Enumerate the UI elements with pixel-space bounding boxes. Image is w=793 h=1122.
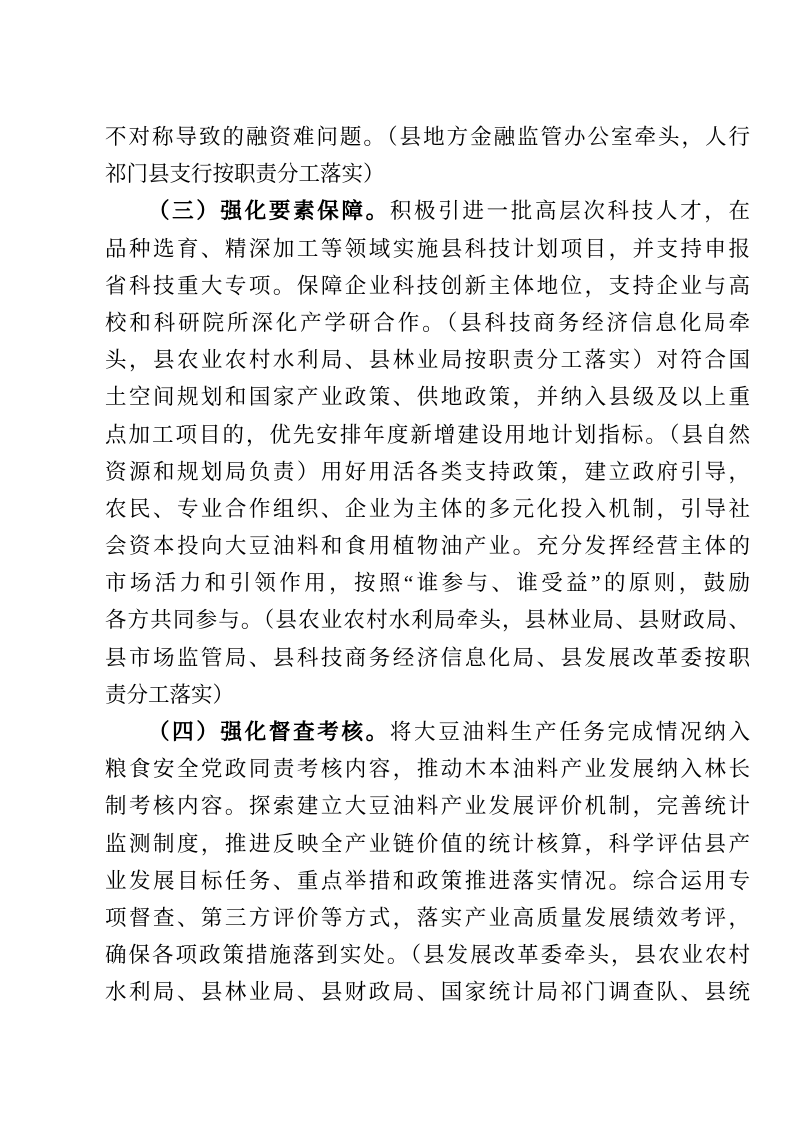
- text-line: （四）强化督查考核。将大豆油料生产任务完成情况纳入: [105, 714, 750, 751]
- text-line: 各方共同参与。（县农业农村水利局牵头，县林业局、县财政局、: [105, 602, 750, 639]
- body-text-run: 不对称导致的融资难问题。（县地方金融监管办公室牵头，人行: [105, 125, 750, 149]
- text-line: 不对称导致的融资难问题。（县地方金融监管办公室牵头，人行: [105, 119, 750, 156]
- text-line: 水利局、县林业局、县财政局、国家统计局祁门调查队、县统: [105, 974, 750, 1011]
- body-text-run: 点加工项目的，优先安排年度新增建设用地计划指标。（县自然: [105, 423, 750, 447]
- text-line: 业发展目标任务、重点举措和政策推进落实情况。综合运用专: [105, 863, 750, 900]
- document-text: 不对称导致的融资难问题。（县地方金融监管办公室牵头，人行祁门县支行按职责分工落实…: [105, 119, 750, 1012]
- body-text-run: 粮食安全党政同责考核内容，推动木本油料产业发展纳入林长: [105, 757, 750, 781]
- section-heading-run: （三）强化要素保障。: [148, 199, 390, 223]
- text-line: 责分工落实）: [105, 677, 750, 714]
- body-text-run: 将大豆油料生产任务完成情况纳入: [390, 720, 750, 744]
- text-line: 祁门县支行按职责分工落实）: [105, 156, 750, 193]
- body-text-run: 县市场监管局、县科技商务经济信息化局、县发展改革委按职: [105, 646, 750, 670]
- document-page: 不对称导致的融资难问题。（县地方金融监管办公室牵头，人行祁门县支行按职责分工落实…: [0, 0, 793, 1122]
- text-line: 粮食安全党政同责考核内容，推动木本油料产业发展纳入林长: [105, 751, 750, 788]
- body-text-run: 监测制度，推进反映全产业链价值的统计核算，科学评估县产: [105, 832, 750, 856]
- text-line: 点加工项目的，优先安排年度新增建设用地计划指标。（县自然: [105, 417, 750, 454]
- text-line: 农民、专业合作组织、企业为主体的多元化投入机制，引导社: [105, 491, 750, 528]
- text-line: 会资本投向大豆油料和食用植物油产业。充分发挥经营主体的: [105, 528, 750, 565]
- text-line: （三）强化要素保障。积极引进一批高层次科技人才，在: [105, 193, 750, 230]
- body-text-run: 会资本投向大豆油料和食用植物油产业。充分发挥经营主体的: [105, 534, 750, 558]
- section-heading-run: （四）强化督查考核。: [148, 720, 390, 744]
- text-line: 资源和规划局负责）用好用活各类支持政策，建立政府引导，: [105, 454, 750, 491]
- body-text-run: 头，县农业农村水利局、县林业局按职责分工落实）对符合国: [105, 348, 750, 372]
- body-text-run: 土空间规划和国家产业政策、供地政策，并纳入县级及以上重: [105, 385, 750, 409]
- text-line: 制考核内容。探索建立大豆油料产业发展评价机制，完善统计: [105, 788, 750, 825]
- text-line: 省科技重大专项。保障企业科技创新主体地位，支持企业与高: [105, 268, 750, 305]
- text-line: 项督查、第三方评价等方式，落实产业高质量发展绩效考评，: [105, 900, 750, 937]
- text-line: 头，县农业农村水利局、县林业局按职责分工落实）对符合国: [105, 342, 750, 379]
- text-line: 品种选育、精深加工等领域实施县科技计划项目，并支持申报: [105, 231, 750, 268]
- text-line: 监测制度，推进反映全产业链价值的统计核算，科学评估县产: [105, 826, 750, 863]
- body-text-run: 项督查、第三方评价等方式，落实产业高质量发展绩效考评，: [105, 906, 750, 930]
- body-text-run: 市场活力和引领作用，按照“谁参与、谁受益”的原则，鼓励: [105, 571, 750, 595]
- body-text-run: 确保各项政策措施落到实处。（县发展改革委牵头，县农业农村: [105, 943, 750, 967]
- text-line: 校和科研院所深化产学研合作。（县科技商务经济信息化局牵: [105, 305, 750, 342]
- body-text-run: 业发展目标任务、重点举措和政策推进落实情况。综合运用专: [105, 869, 750, 893]
- body-text-run: 省科技重大专项。保障企业科技创新主体地位，支持企业与高: [105, 274, 750, 298]
- body-text-run: 校和科研院所深化产学研合作。（县科技商务经济信息化局牵: [105, 311, 750, 335]
- text-line: 市场活力和引领作用，按照“谁参与、谁受益”的原则，鼓励: [105, 565, 750, 602]
- body-text-run: 责分工落实）: [105, 683, 234, 707]
- body-text-run: 各方共同参与。（县农业农村水利局牵头，县林业局、县财政局、: [105, 608, 750, 632]
- text-line: 确保各项政策措施落到实处。（县发展改革委牵头，县农业农村: [105, 937, 750, 974]
- body-text-run: 水利局、县林业局、县财政局、国家统计局祁门调查队、县统: [105, 980, 750, 1004]
- body-text-run: 积极引进一批高层次科技人才，在: [390, 199, 750, 223]
- body-text-run: 制考核内容。探索建立大豆油料产业发展评价机制，完善统计: [105, 794, 750, 818]
- body-text-run: 资源和规划局负责）用好用活各类支持政策，建立政府引导，: [105, 460, 750, 484]
- body-text-run: 品种选育、精深加工等领域实施县科技计划项目，并支持申报: [105, 237, 750, 261]
- text-line: 土空间规划和国家产业政策、供地政策，并纳入县级及以上重: [105, 379, 750, 416]
- body-text-run: 农民、专业合作组织、企业为主体的多元化投入机制，引导社: [105, 497, 750, 521]
- text-line: 县市场监管局、县科技商务经济信息化局、县发展改革委按职: [105, 640, 750, 677]
- body-text-run: 祁门县支行按职责分工落实）: [105, 162, 385, 186]
